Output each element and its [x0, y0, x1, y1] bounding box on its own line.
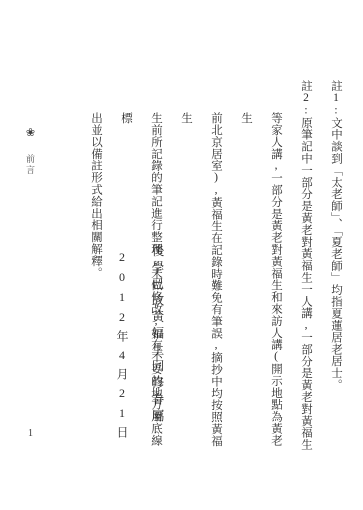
scanned-book-page: 註1:文中談到「太老師」、「夏老師」均指夏蓮居老居士。 註2:原筆記中一部分是黃…	[0, 0, 363, 510]
page-number: 1	[28, 428, 33, 439]
note-2-line-1: 註2:原筆記中一部分是黃老對黃福生一人講,一部分是黃老對黃福生	[291, 80, 321, 452]
colophon-date: 2012年4月21日	[114, 250, 131, 444]
margin-section-label: 前言	[25, 154, 35, 176]
note-2-line-5: 出並以備註形式給出相關解釋。	[81, 80, 111, 452]
flower-icon: ❀	[24, 126, 36, 142]
note-2-line-2: 等家人講,一部分是黃老對黃福生和來訪人講(開示地點為黃老生	[231, 80, 291, 452]
note-1-line: 註1:文中談到「太老師」、「夏老師」均指夏蓮居老居士。	[321, 80, 351, 452]
margin-section-marker: ❀ 前言	[24, 126, 37, 176]
colophon-signature: 後學已故黃福生同修眷屬	[148, 244, 166, 426]
note-2-line-3: 前北京居室),黃福生在記錄時難免有筆誤,摘抄中均按照黃福生	[171, 80, 231, 452]
